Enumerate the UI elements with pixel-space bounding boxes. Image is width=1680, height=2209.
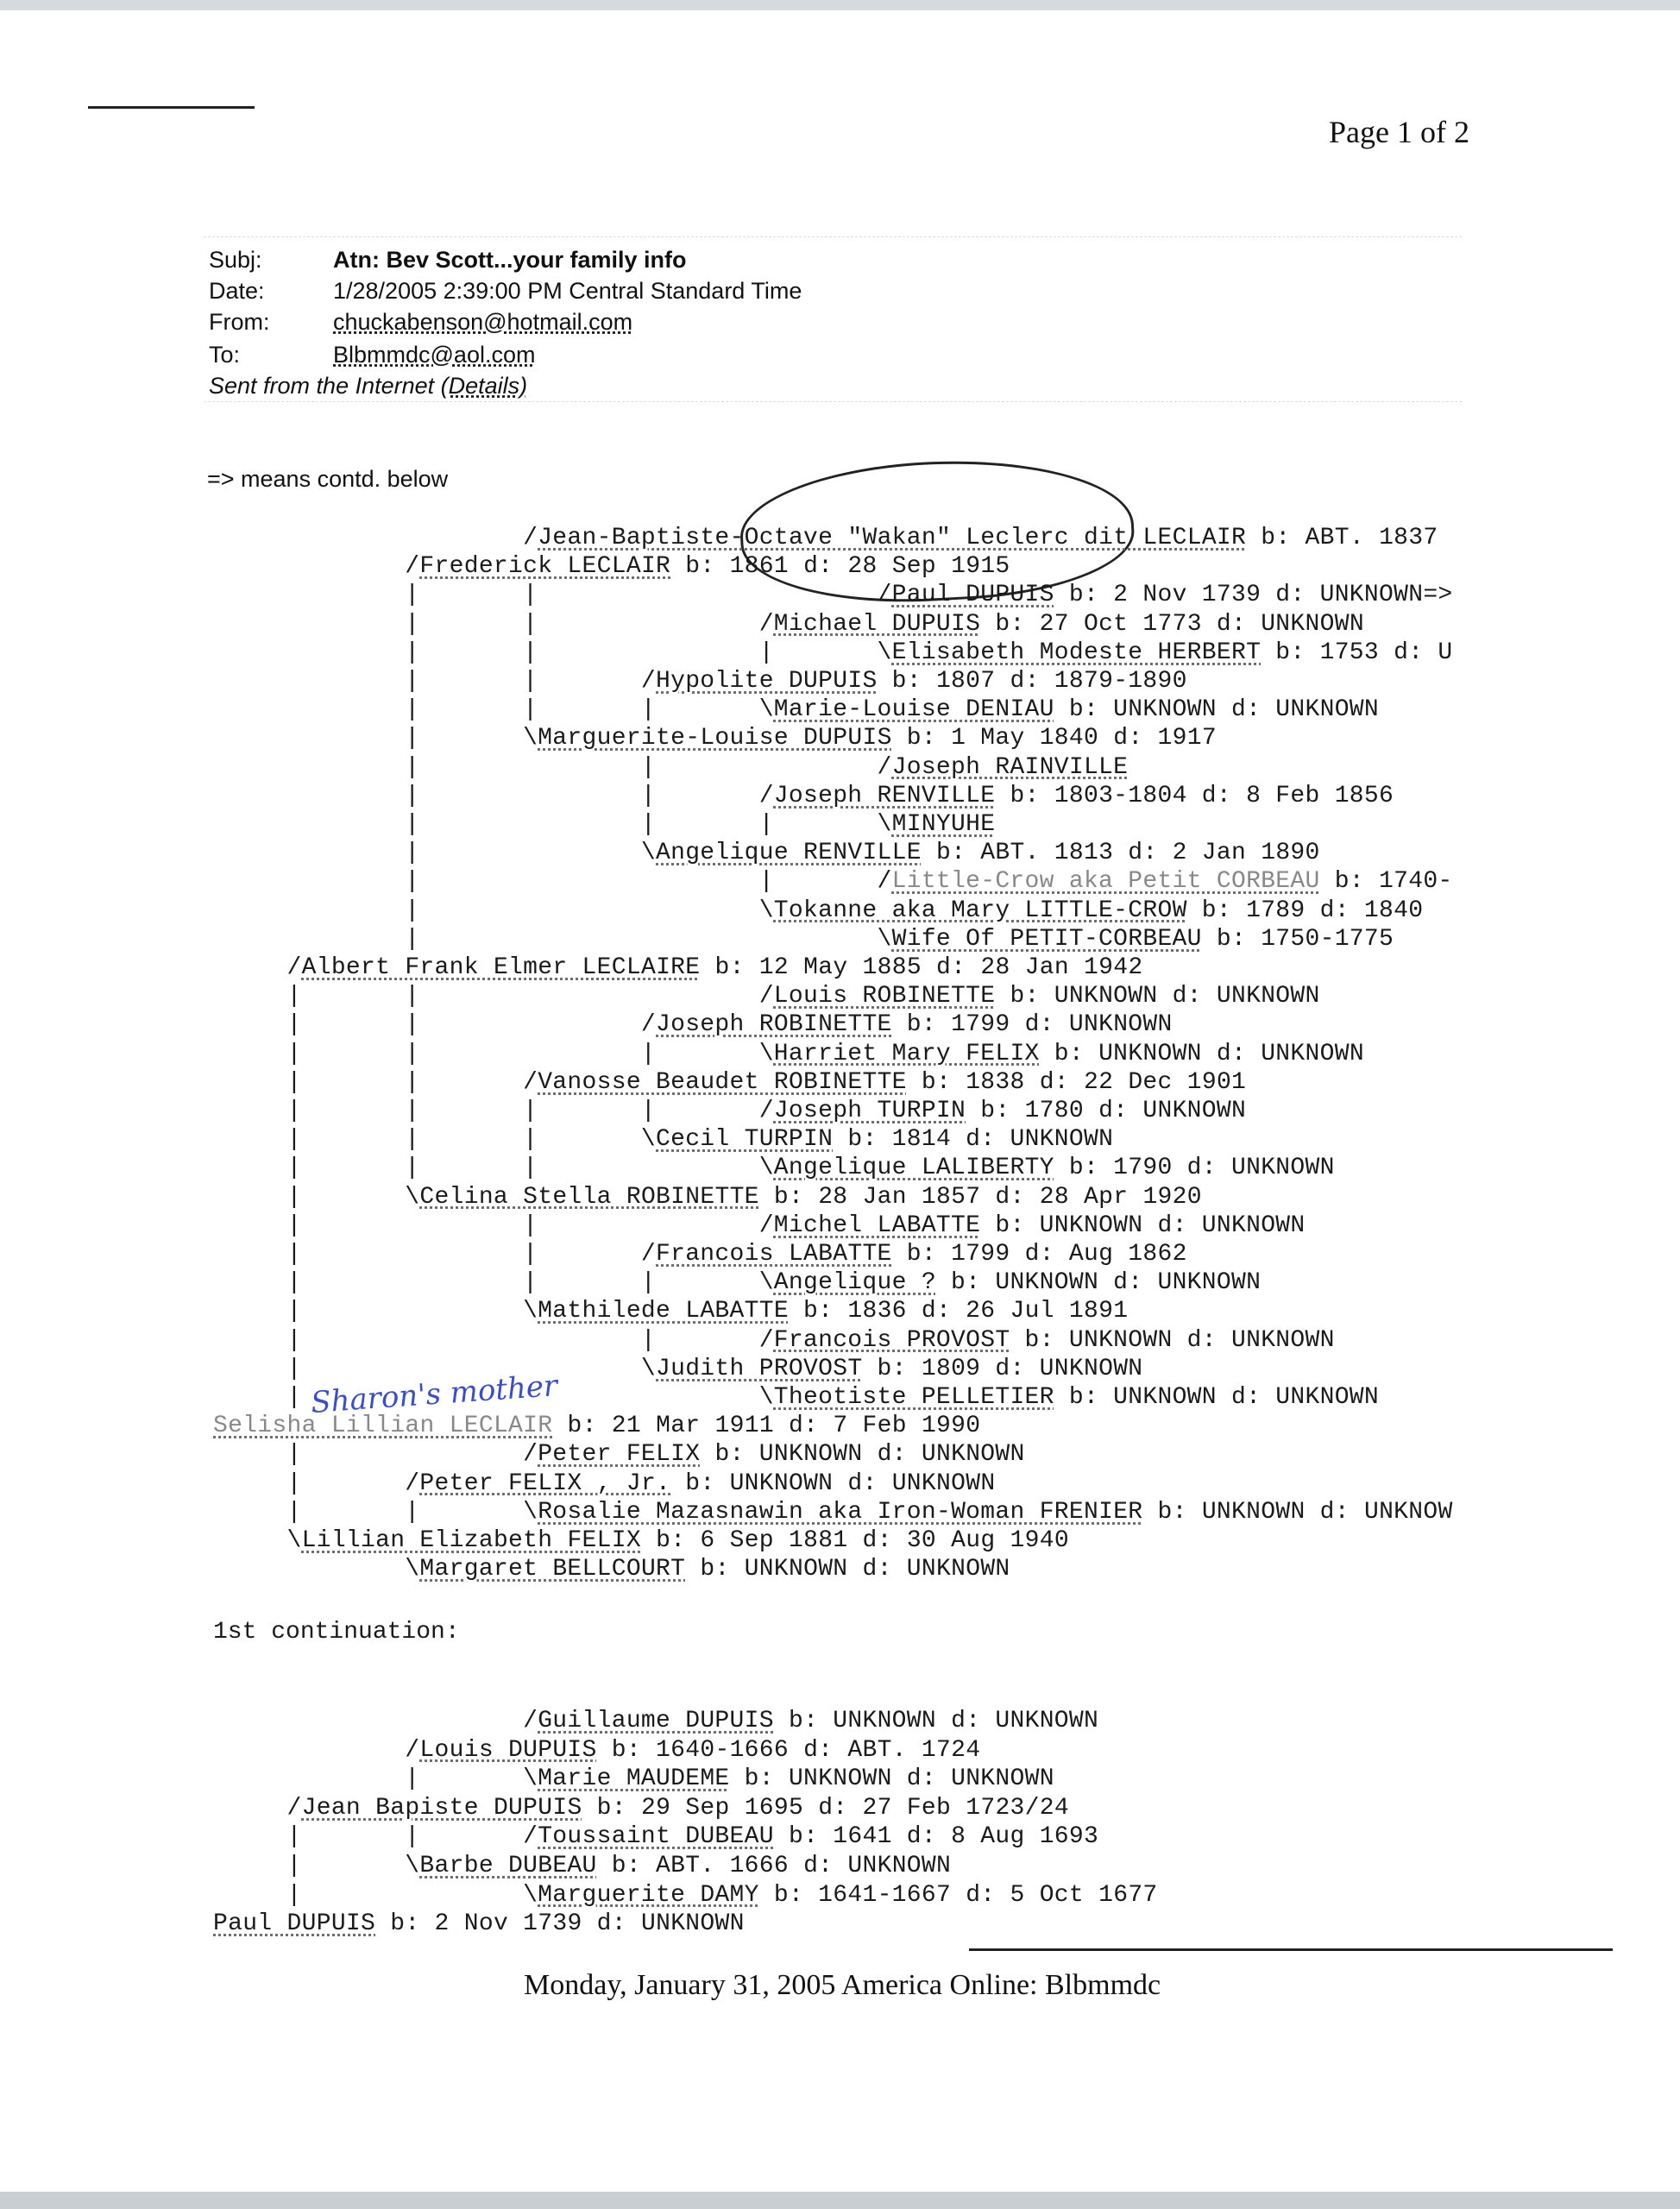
date-row: Date:1/28/2005 2:39:00 PM Central Standa… (209, 278, 802, 305)
details-link[interactable]: (Details) (441, 373, 528, 399)
tree-branch-glyph: \ (759, 1269, 774, 1296)
tree-connector-bar: | (405, 639, 419, 667)
tree-connector-bar: | (405, 1125, 419, 1154)
tree-connector-bar: | (641, 695, 656, 724)
tree-branch-glyph: / (759, 1327, 774, 1354)
person-dates: b: 1809 d: UNKNOWN (862, 1356, 1142, 1382)
tree-connector-bar: | (287, 1010, 302, 1039)
print-footer: Monday, January 31, 2005 America Online:… (524, 1969, 1161, 2002)
person-dates: b: 1789 d: 1840 (1187, 897, 1424, 924)
tree-branch-glyph: \ (641, 1126, 656, 1153)
tree-branch-glyph: / (523, 1069, 538, 1096)
tree-branch-glyph: / (878, 754, 892, 781)
person-dates: b: 27 Oct 1773 d: UNKNOWN (980, 611, 1364, 638)
tree-connector-bar: | (759, 639, 774, 667)
person-dates: b: 2 Nov 1739 d: UNKNOWN (375, 1910, 745, 1937)
tree-branch-glyph: \ (523, 1298, 538, 1325)
tree-connector-bar: | (523, 639, 538, 667)
tree-connector-bar: | (405, 1822, 419, 1851)
tree-connector-bar: | (287, 1498, 302, 1526)
tree-person-row: \Harriet Mary FELIX b: UNKNOWN d: UNKNOW… (759, 1040, 1364, 1068)
tree-person-row: /Paul DUPUIS b: 2 Nov 1739 d: UNKNOWN=> (878, 581, 1453, 609)
tree-connector-bar: | (405, 1010, 419, 1039)
person-dates: b: UNKNOWN d: UNKNOWN (1010, 1327, 1334, 1354)
tree-branch-glyph: \ (641, 1356, 656, 1382)
tree-branch-glyph: \ (878, 811, 892, 838)
tree-connector-bar: | (405, 897, 419, 925)
continuation-label: 1st continuation: (213, 1619, 460, 1646)
tree-person-row: /Michael DUPUIS b: 27 Oct 1773 d: UNKNOW… (759, 610, 1364, 639)
tree-branch-glyph: / (405, 553, 419, 580)
person-name-link[interactable]: Paul DUPUIS (213, 1910, 375, 1937)
person-name-link[interactable]: Cecil TURPIN (656, 1126, 833, 1153)
tree-branch-glyph: \ (759, 1041, 774, 1067)
sent-from-row: Sent from the Internet (Details) (209, 373, 527, 400)
tree-connector-bar: | (287, 1125, 302, 1154)
tree-person-row: \Tokanne aka Mary LITTLE-CROW b: 1789 d:… (759, 897, 1424, 925)
person-name-link[interactable]: Paul DUPUIS (892, 582, 1054, 608)
tree-connector-bar: | (287, 1383, 302, 1412)
person-dates: b: UNKNOWN d: UNKNOWN (730, 1765, 1054, 1792)
scan-edge-bottom (0, 2192, 1680, 2209)
person-name-link[interactable]: Louis DUPUIS (419, 1737, 596, 1764)
tree-connector-bar: | (523, 1240, 538, 1268)
tree-person-row: \Celina Stella ROBINETTE b: 28 Jan 1857 … (405, 1183, 1202, 1211)
tree-connector-bar: | (405, 867, 419, 896)
tree-person-row: \Angelique ? b: UNKNOWN d: UNKNOWN (759, 1268, 1262, 1297)
person-name-link[interactable]: Lillian Elizabeth FELIX (302, 1527, 641, 1554)
tree-person-row: \Lillian Elizabeth FELIX b: 6 Sep 1881 d… (287, 1526, 1069, 1555)
tree-branch-glyph: / (405, 1737, 419, 1764)
person-dates: b: 1803-1804 d: 8 Feb 1856 (995, 783, 1394, 809)
tree-person-row: \MINYUHE (878, 810, 996, 839)
tree-connector-bar: | (523, 610, 538, 639)
person-dates: b: ABT. 1837 (1246, 525, 1438, 551)
tree-branch-glyph: / (641, 668, 656, 695)
tree-branch-glyph: \ (759, 1155, 774, 1181)
tree-person-row: /Frederick LECLAIR b: 1861 d: 28 Sep 191… (405, 552, 1010, 581)
tree-person-row: /Jean-Baptiste-Octave "Wakan" Leclerc di… (523, 524, 1438, 552)
subject-label: Subj: (209, 247, 333, 274)
tree-connector-bar: | (641, 1097, 656, 1125)
tree-connector-bar: | (641, 1326, 656, 1355)
tree-connector-bar: | (641, 1040, 656, 1068)
tree-connector-bar: | (523, 581, 538, 609)
person-name-link[interactable]: Harriet Mary FELIX (774, 1041, 1040, 1067)
tree-connector-bar: | (405, 1154, 419, 1182)
person-dates: b: 1807 d: 1879-1890 (878, 668, 1187, 695)
tree-connector-bar: | (405, 839, 419, 867)
to-label: To: (209, 342, 333, 368)
tree-connector-bar: | (405, 1040, 419, 1068)
tree-person-row: /Guillaume DUPUIS b: UNKNOWN d: UNKNOWN (523, 1707, 1098, 1735)
person-name-link[interactable]: Joseph ROBINETTE (656, 1011, 892, 1038)
person-name-link[interactable]: Marguerite DAMY (538, 1882, 759, 1909)
person-dates: b: UNKNOWN d: UNKNOWN (685, 1556, 1010, 1583)
tree-connector-bar: | (287, 1440, 302, 1469)
tree-branch-glyph: / (759, 611, 774, 638)
tree-person-row: /Albert Frank Elmer LECLAIRE b: 12 May 1… (287, 953, 1143, 982)
tree-person-row: \Marguerite DAMY b: 1641-1667 d: 5 Oct 1… (523, 1881, 1157, 1910)
person-dates: b: 1790 d: UNKNOWN (1054, 1155, 1335, 1181)
tree-connector-bar: | (405, 810, 419, 839)
person-dates: b: 1640-1666 d: ABT. 1724 (597, 1737, 981, 1764)
person-dates: b: 1861 d: 28 Sep 1915 (670, 553, 1010, 580)
tree-person-row: /Peter FELIX , Jr. b: UNKNOWN d: UNKNOWN (405, 1470, 995, 1498)
person-dates: b: 6 Sep 1881 d: 30 Aug 1940 (641, 1527, 1069, 1554)
tree-connector-bar: | (287, 982, 302, 1010)
person-name-link[interactable]: Angelique LALIBERTY (774, 1155, 1054, 1181)
tree-connector-bar: | (523, 1268, 538, 1297)
person-dates: b: 1836 d: 26 Jul 1891 (789, 1298, 1128, 1325)
tree-connector-bar: | (405, 581, 419, 609)
tree-branch-glyph: / (641, 1011, 656, 1038)
tree-branch-glyph: \ (878, 926, 892, 953)
tree-person-row: Paul DUPUIS b: 2 Nov 1739 d: UNKNOWN (213, 1910, 745, 1938)
person-name-link[interactable]: Peter FELIX , Jr. (419, 1470, 670, 1497)
tree-connector-bar: | (287, 1822, 302, 1851)
tree-person-row: \Elisabeth Modeste HERBERT b: 1753 d: U (878, 639, 1453, 667)
tree-branch-glyph: \ (878, 639, 892, 666)
tree-connector-bar: | (287, 1154, 302, 1182)
tree-person-row: /Joseph ROBINETTE b: 1799 d: UNKNOWN (641, 1010, 1173, 1039)
tree-connector-bar: | (287, 1881, 302, 1910)
person-name-link[interactable]: Toussaint DUBEAU (538, 1823, 774, 1850)
person-name-link[interactable]: Mathilede LABATTE (538, 1298, 789, 1325)
person-dates: b: 1838 d: 22 Dec 1901 (907, 1069, 1246, 1096)
person-name-link[interactable]: Elisabeth Modeste HERBERT (892, 639, 1262, 666)
tree-person-row: \Barbe DUBEAU b: ABT. 1666 d: UNKNOWN (405, 1852, 951, 1880)
tree-person-row: /Hypolite DUPUIS b: 1807 d: 1879-1890 (641, 667, 1187, 695)
tree-connector-bar: | (523, 1154, 538, 1182)
person-dates: b: UNKNOWN d: UNKNOWN (1054, 696, 1379, 723)
person-dates: b: 1753 d: U (1261, 639, 1452, 666)
scan-edge-top (0, 0, 1680, 10)
tree-person-row: /Francois LABATTE b: 1799 d: Aug 1862 (641, 1240, 1187, 1268)
tree-branch-glyph: / (878, 868, 892, 895)
tree-connector-bar: | (641, 753, 656, 782)
person-name-link[interactable]: Theotiste PELLETIER (774, 1384, 1054, 1411)
tree-branch-glyph: \ (759, 696, 774, 723)
tree-branch-glyph: \ (523, 1765, 538, 1792)
tree-person-row: /Louis DUPUIS b: 1640-1666 d: ABT. 1724 (405, 1736, 980, 1765)
tree-person-row: /Peter FELIX b: UNKNOWN d: UNKNOWN (523, 1440, 1025, 1469)
tree-branch-glyph: / (287, 954, 302, 981)
tree-person-row: /Michel LABATTE b: UNKNOWN d: UNKNOWN (759, 1211, 1306, 1240)
tree-branch-glyph: \ (287, 1527, 302, 1554)
tree-connector-bar: | (287, 1852, 302, 1880)
tree-connector-bar: | (287, 1297, 302, 1325)
person-dates: b: UNKNOWN d: UNKNOWN (700, 1441, 1024, 1468)
person-name-link[interactable]: Rosalie Mazasnawin aka Iron-Woman FRENIE… (538, 1499, 1142, 1526)
tree-person-row: \Wife Of PETIT-CORBEAU b: 1750-1775 (878, 925, 1394, 953)
tree-connector-bar: | (405, 1498, 419, 1526)
tree-branch-glyph: / (641, 1241, 656, 1268)
tree-branch-glyph: \ (759, 897, 774, 924)
person-dates: b: 12 May 1885 d: 28 Jan 1942 (700, 954, 1142, 981)
tree-person-row: \Judith PROVOST b: 1809 d: UNKNOWN (641, 1355, 1143, 1383)
person-name-link[interactable]: Angelique ? (774, 1269, 936, 1296)
person-dates: b: UNKNOWN d: UNKNOWN (1040, 1041, 1364, 1067)
tree-connector-bar: | (523, 1097, 538, 1125)
tree-connector-bar: | (405, 982, 419, 1010)
person-name-link[interactable]: Vanosse Beaudet ROBINETTE (538, 1069, 907, 1096)
from-row: From:chuckabenson@hotmail.com (209, 309, 632, 336)
tree-connector-bar: | (523, 1125, 538, 1154)
person-name-link[interactable]: Jean Bapiste DUPUIS (302, 1795, 582, 1822)
person-name-link[interactable]: Marguerite-Louise DUPUIS (538, 725, 891, 752)
tree-connector-bar: | (405, 1765, 419, 1793)
person-name-link[interactable]: Selisha Lillian LECLAIR (213, 1413, 552, 1439)
person-dates: b: 2 Nov 1739 d: UNKNOWN=> (1054, 582, 1453, 608)
tree-branch-glyph: / (759, 783, 774, 809)
tree-person-row: /Joseph TURPIN b: 1780 d: UNKNOWN (759, 1097, 1246, 1125)
person-dates: b: UNKNOWN d: UNKNOWN (774, 1708, 1098, 1734)
date-value: 1/28/2005 2:39:00 PM Central Standard Ti… (333, 278, 802, 304)
tree-person-row: /Vanosse Beaudet ROBINETTE b: 1838 d: 22… (523, 1068, 1246, 1097)
tree-branch-glyph: / (523, 1823, 538, 1850)
tree-person-row: /Joseph RENVILLE b: 1803-1804 d: 8 Feb 1… (759, 782, 1394, 810)
person-name-link[interactable]: Margaret BELLCOURT (419, 1556, 685, 1583)
person-dates: b: 1641-1667 d: 5 Oct 1677 (759, 1882, 1158, 1909)
person-name-link[interactable]: Michael DUPUIS (774, 611, 980, 638)
person-dates: b: 21 Mar 1911 d: 7 Feb 1990 (552, 1413, 980, 1439)
tree-connector-bar: | (287, 1040, 302, 1068)
tree-branch-glyph: \ (405, 1184, 419, 1211)
person-dates: b: 1814 d: UNKNOWN (833, 1126, 1113, 1153)
tree-person-row: /Jean Bapiste DUPUIS b: 29 Sep 1695 d: 2… (287, 1794, 1069, 1822)
tree-connector-bar: | (523, 667, 538, 695)
tree-branch-glyph: \ (523, 1882, 538, 1909)
person-dates: b: 1799 d: UNKNOWN (892, 1011, 1173, 1038)
page-number: Page 1 of 2 (1329, 114, 1469, 150)
person-dates: b: UNKNOWN d: UNKNOWN (1054, 1384, 1379, 1411)
person-dates: b: 1740- (1320, 868, 1453, 895)
person-name-link[interactable]: Judith PROVOST (656, 1356, 862, 1382)
tree-connector-bar: | (759, 867, 774, 896)
tree-connector-bar: | (405, 753, 419, 782)
tree-connector-bar: | (287, 1240, 302, 1268)
tree-person-row: \Margaret BELLCOURT b: UNKNOWN d: UNKNOW… (405, 1555, 1010, 1583)
tree-branch-glyph: / (759, 983, 774, 1010)
tree-connector-bar: | (287, 1211, 302, 1240)
person-name-link[interactable]: Frederick LECLAIR (419, 553, 670, 580)
tree-connector-bar: | (405, 724, 419, 752)
person-name-link[interactable]: Guillaume DUPUIS (538, 1708, 774, 1734)
tree-branch-glyph: \ (405, 1556, 419, 1583)
tree-branch-glyph: \ (759, 1384, 774, 1411)
tree-connector-bar: | (523, 695, 538, 724)
top-left-rule (88, 106, 255, 109)
tree-branch-glyph: / (759, 1098, 774, 1124)
person-name-link[interactable]: MINYUHE (892, 811, 996, 838)
person-name-link[interactable]: Albert Frank Elmer LECLAIRE (302, 954, 701, 981)
person-name-link[interactable]: Barbe DUBEAU (419, 1853, 596, 1879)
person-dates: b: UNKNOWN d: UNKNOWN (670, 1470, 995, 1497)
person-dates: b: UNKNOWN d: UNKNOWN (995, 983, 1319, 1010)
person-name-link[interactable]: Francois LABATTE (656, 1241, 892, 1268)
tree-person-row: /Louis ROBINETTE b: UNKNOWN d: UNKNOWN (759, 982, 1320, 1010)
person-name-link[interactable]: Wife Of PETIT-CORBEAU (892, 926, 1202, 953)
tree-person-row: \Marguerite-Louise DUPUIS b: 1 May 1840 … (523, 724, 1217, 752)
tree-connector-bar: | (759, 810, 774, 839)
person-name-link[interactable]: Tokanne aka Mary LITTLE-CROW (774, 897, 1187, 924)
tree-branch-glyph: / (523, 1708, 538, 1734)
tree-branch-glyph: \ (405, 1853, 419, 1879)
legend-note: => means contd. below (207, 466, 448, 493)
person-name-link[interactable]: Joseph RAINVILLE (892, 754, 1129, 781)
tree-connector-bar: | (405, 1097, 419, 1125)
from-label: From: (209, 309, 333, 336)
tree-branch-glyph: / (287, 1795, 302, 1822)
person-name-link[interactable]: Marie-Louise DENIAU (774, 696, 1054, 723)
person-name-link[interactable]: Hypolite DUPUIS (656, 668, 878, 695)
person-dates: b: UNKNOWN d: UNKNOW (1142, 1499, 1452, 1526)
person-dates: b: 1750-1775 (1202, 926, 1394, 953)
person-name-link[interactable]: Marie MAUDEME (538, 1765, 729, 1792)
tree-person-row: \Theotiste PELLETIER b: UNKNOWN d: UNKNO… (759, 1383, 1379, 1412)
person-dates: b: 1799 d: Aug 1862 (892, 1241, 1187, 1268)
tree-person-row: \Angelique RENVILLE b: ABT. 1813 d: 2 Ja… (641, 839, 1320, 867)
subject-row: Subj:Atn: Bev Scott...your family info (209, 247, 687, 274)
tree-person-row: /Little-Crow aka Petit CORBEAU b: 1740- (878, 867, 1453, 896)
tree-branch-glyph: / (759, 1212, 774, 1239)
tree-connector-bar: | (287, 1068, 302, 1097)
person-name-link[interactable]: Joseph TURPIN (774, 1098, 966, 1124)
person-name-link[interactable]: Little-Crow aka Petit CORBEAU (892, 868, 1320, 895)
person-name-link[interactable]: Celina Stella ROBINETTE (419, 1184, 758, 1211)
tree-connector-bar: | (641, 1268, 656, 1297)
tree-connector-bar: | (287, 1097, 302, 1125)
person-dates: b: UNKNOWN d: UNKNOWN (980, 1212, 1305, 1239)
tree-connector-bar: | (287, 1355, 302, 1383)
tree-branch-glyph: \ (641, 840, 656, 866)
tree-branch-glyph: / (878, 582, 892, 608)
from-email-link[interactable]: chuckabenson@hotmail.com (333, 309, 632, 335)
date-label: Date: (209, 278, 333, 305)
tree-person-row: /Francois PROVOST b: UNKNOWN d: UNKNOWN (759, 1326, 1335, 1355)
person-dates: b: 1 May 1840 d: 1917 (892, 725, 1217, 752)
subject-value: Atn: Bev Scott...your family info (333, 247, 687, 273)
tree-connector-bar: | (405, 695, 419, 724)
tree-connector-bar: | (287, 1268, 302, 1297)
person-name-link[interactable]: Louis ROBINETTE (774, 983, 996, 1010)
tree-branch-glyph: / (523, 525, 538, 551)
person-name-link[interactable]: Peter FELIX (538, 1441, 700, 1468)
tree-person-row: \Mathilede LABATTE b: 1836 d: 26 Jul 189… (523, 1297, 1128, 1325)
tree-person-row: \Marie-Louise DENIAU b: UNKNOWN d: UNKNO… (759, 695, 1379, 724)
tree-connector-bar: | (405, 1068, 419, 1097)
sent-note: Sent from the Internet (209, 373, 434, 399)
tree-branch-glyph: / (405, 1470, 419, 1497)
bottom-rule (969, 1948, 1613, 1951)
tree-person-row: \Cecil TURPIN b: 1814 d: UNKNOWN (641, 1125, 1113, 1154)
to-email-link[interactable]: Blbmmdc@aol.com (333, 342, 535, 368)
tree-connector-bar: | (641, 810, 656, 839)
person-name-link[interactable]: Angelique RENVILLE (656, 840, 922, 866)
person-name-link[interactable]: Jean-Baptiste-Octave "Wakan" Leclerc dit… (538, 525, 1246, 551)
tree-branch-glyph: \ (523, 725, 538, 752)
tree-connector-bar: | (523, 1211, 538, 1240)
tree-connector-bar: | (405, 610, 419, 639)
tree-connector-bar: | (287, 1470, 302, 1498)
tree-person-row: /Joseph RAINVILLE (878, 753, 1129, 782)
tree-branch-glyph: \ (523, 1499, 538, 1526)
tree-connector-bar: | (287, 1183, 302, 1211)
person-dates: b: 28 Jan 1857 d: 28 Apr 1920 (759, 1184, 1202, 1211)
person-dates: b: 1641 d: 8 Aug 1693 (774, 1823, 1098, 1850)
tree-person-row: \Marie MAUDEME b: UNKNOWN d: UNKNOWN (523, 1765, 1054, 1793)
tree-person-row: \Rosalie Mazasnawin aka Iron-Woman FRENI… (523, 1498, 1453, 1526)
tree-connector-bar: | (405, 667, 419, 695)
tree-connector-bar: | (287, 1326, 302, 1355)
to-row: To:Blbmmdc@aol.com (209, 342, 535, 368)
tree-connector-bar: | (405, 782, 419, 810)
person-name-link[interactable]: Francois PROVOST (774, 1327, 1010, 1354)
person-dates: b: ABT. 1813 d: 2 Jan 1890 (922, 840, 1320, 866)
person-name-link[interactable]: Joseph RENVILLE (774, 783, 996, 809)
person-name-link[interactable]: Michel LABATTE (774, 1212, 980, 1239)
person-dates: b: ABT. 1666 d: UNKNOWN (597, 1853, 951, 1879)
tree-connector-bar: | (641, 782, 656, 810)
person-dates: b: UNKNOWN d: UNKNOWN (936, 1269, 1261, 1296)
person-dates: b: 29 Sep 1695 d: 27 Feb 1723/24 (582, 1795, 1069, 1822)
tree-person-row: /Toussaint DUBEAU b: 1641 d: 8 Aug 1693 (523, 1822, 1098, 1851)
person-dates: b: 1780 d: UNKNOWN (966, 1098, 1246, 1124)
tree-connector-bar: | (405, 925, 419, 953)
tree-branch-glyph: / (523, 1441, 538, 1468)
tree-person-row: \Angelique LALIBERTY b: 1790 d: UNKNOWN (759, 1154, 1335, 1182)
